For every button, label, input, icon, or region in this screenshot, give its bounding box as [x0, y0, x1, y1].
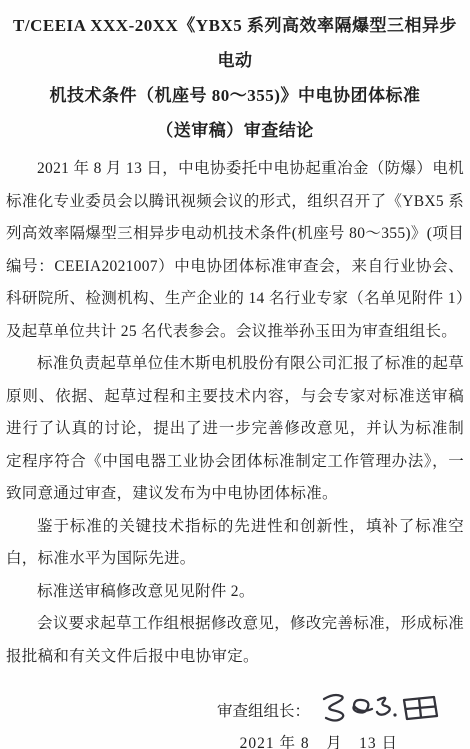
paragraph-meeting-overview: 2021 年 8 月 13 日，中电协委托中电协起重冶金（防爆）电机标准化专业委…: [6, 153, 464, 348]
title-line-2: 机技术条件（机座号 80～355)》中电协团体标准: [6, 78, 464, 113]
title-line-1: T/CEEIA XXX-20XX《YBX5 系列高效率隔爆型三相异步电动: [6, 8, 464, 78]
document-title: T/CEEIA XXX-20XX《YBX5 系列高效率隔爆型三相异步电动 机技术…: [6, 8, 464, 148]
signature-date: 2021 年 8 月 13 日: [6, 731, 464, 749]
signature-row: 审查组组长：: [6, 695, 464, 725]
paragraph-review-process: 标准负责起草单位佳木斯电机股份有限公司汇报了标准的起草原则、依据、起草过程和主要…: [6, 348, 464, 511]
document-body: 2021 年 8 月 13 日，中电协委托中电协起重冶金（防爆）电机标准化专业委…: [6, 153, 464, 673]
document-page: T/CEEIA XXX-20XX《YBX5 系列高效率隔爆型三相异步电动 机技术…: [0, 0, 470, 749]
paragraph-standard-level: 鉴于标准的关键技术指标的先进性和创新性，填补了标准空白，标准水平为国际先进。: [6, 511, 464, 576]
handwritten-signature-icon: [320, 689, 446, 725]
title-line-3: （送审稿）审查结论: [6, 113, 464, 148]
paragraph-revision-note: 标准送审稿修改意见见附件 2。: [6, 576, 464, 609]
paragraph-follow-up: 会议要求起草工作组根据修改意见，修改完善标准，形成标准报批稿和有关文件后报中电协…: [6, 608, 464, 673]
signature-label: 审查组组长：: [217, 699, 310, 721]
